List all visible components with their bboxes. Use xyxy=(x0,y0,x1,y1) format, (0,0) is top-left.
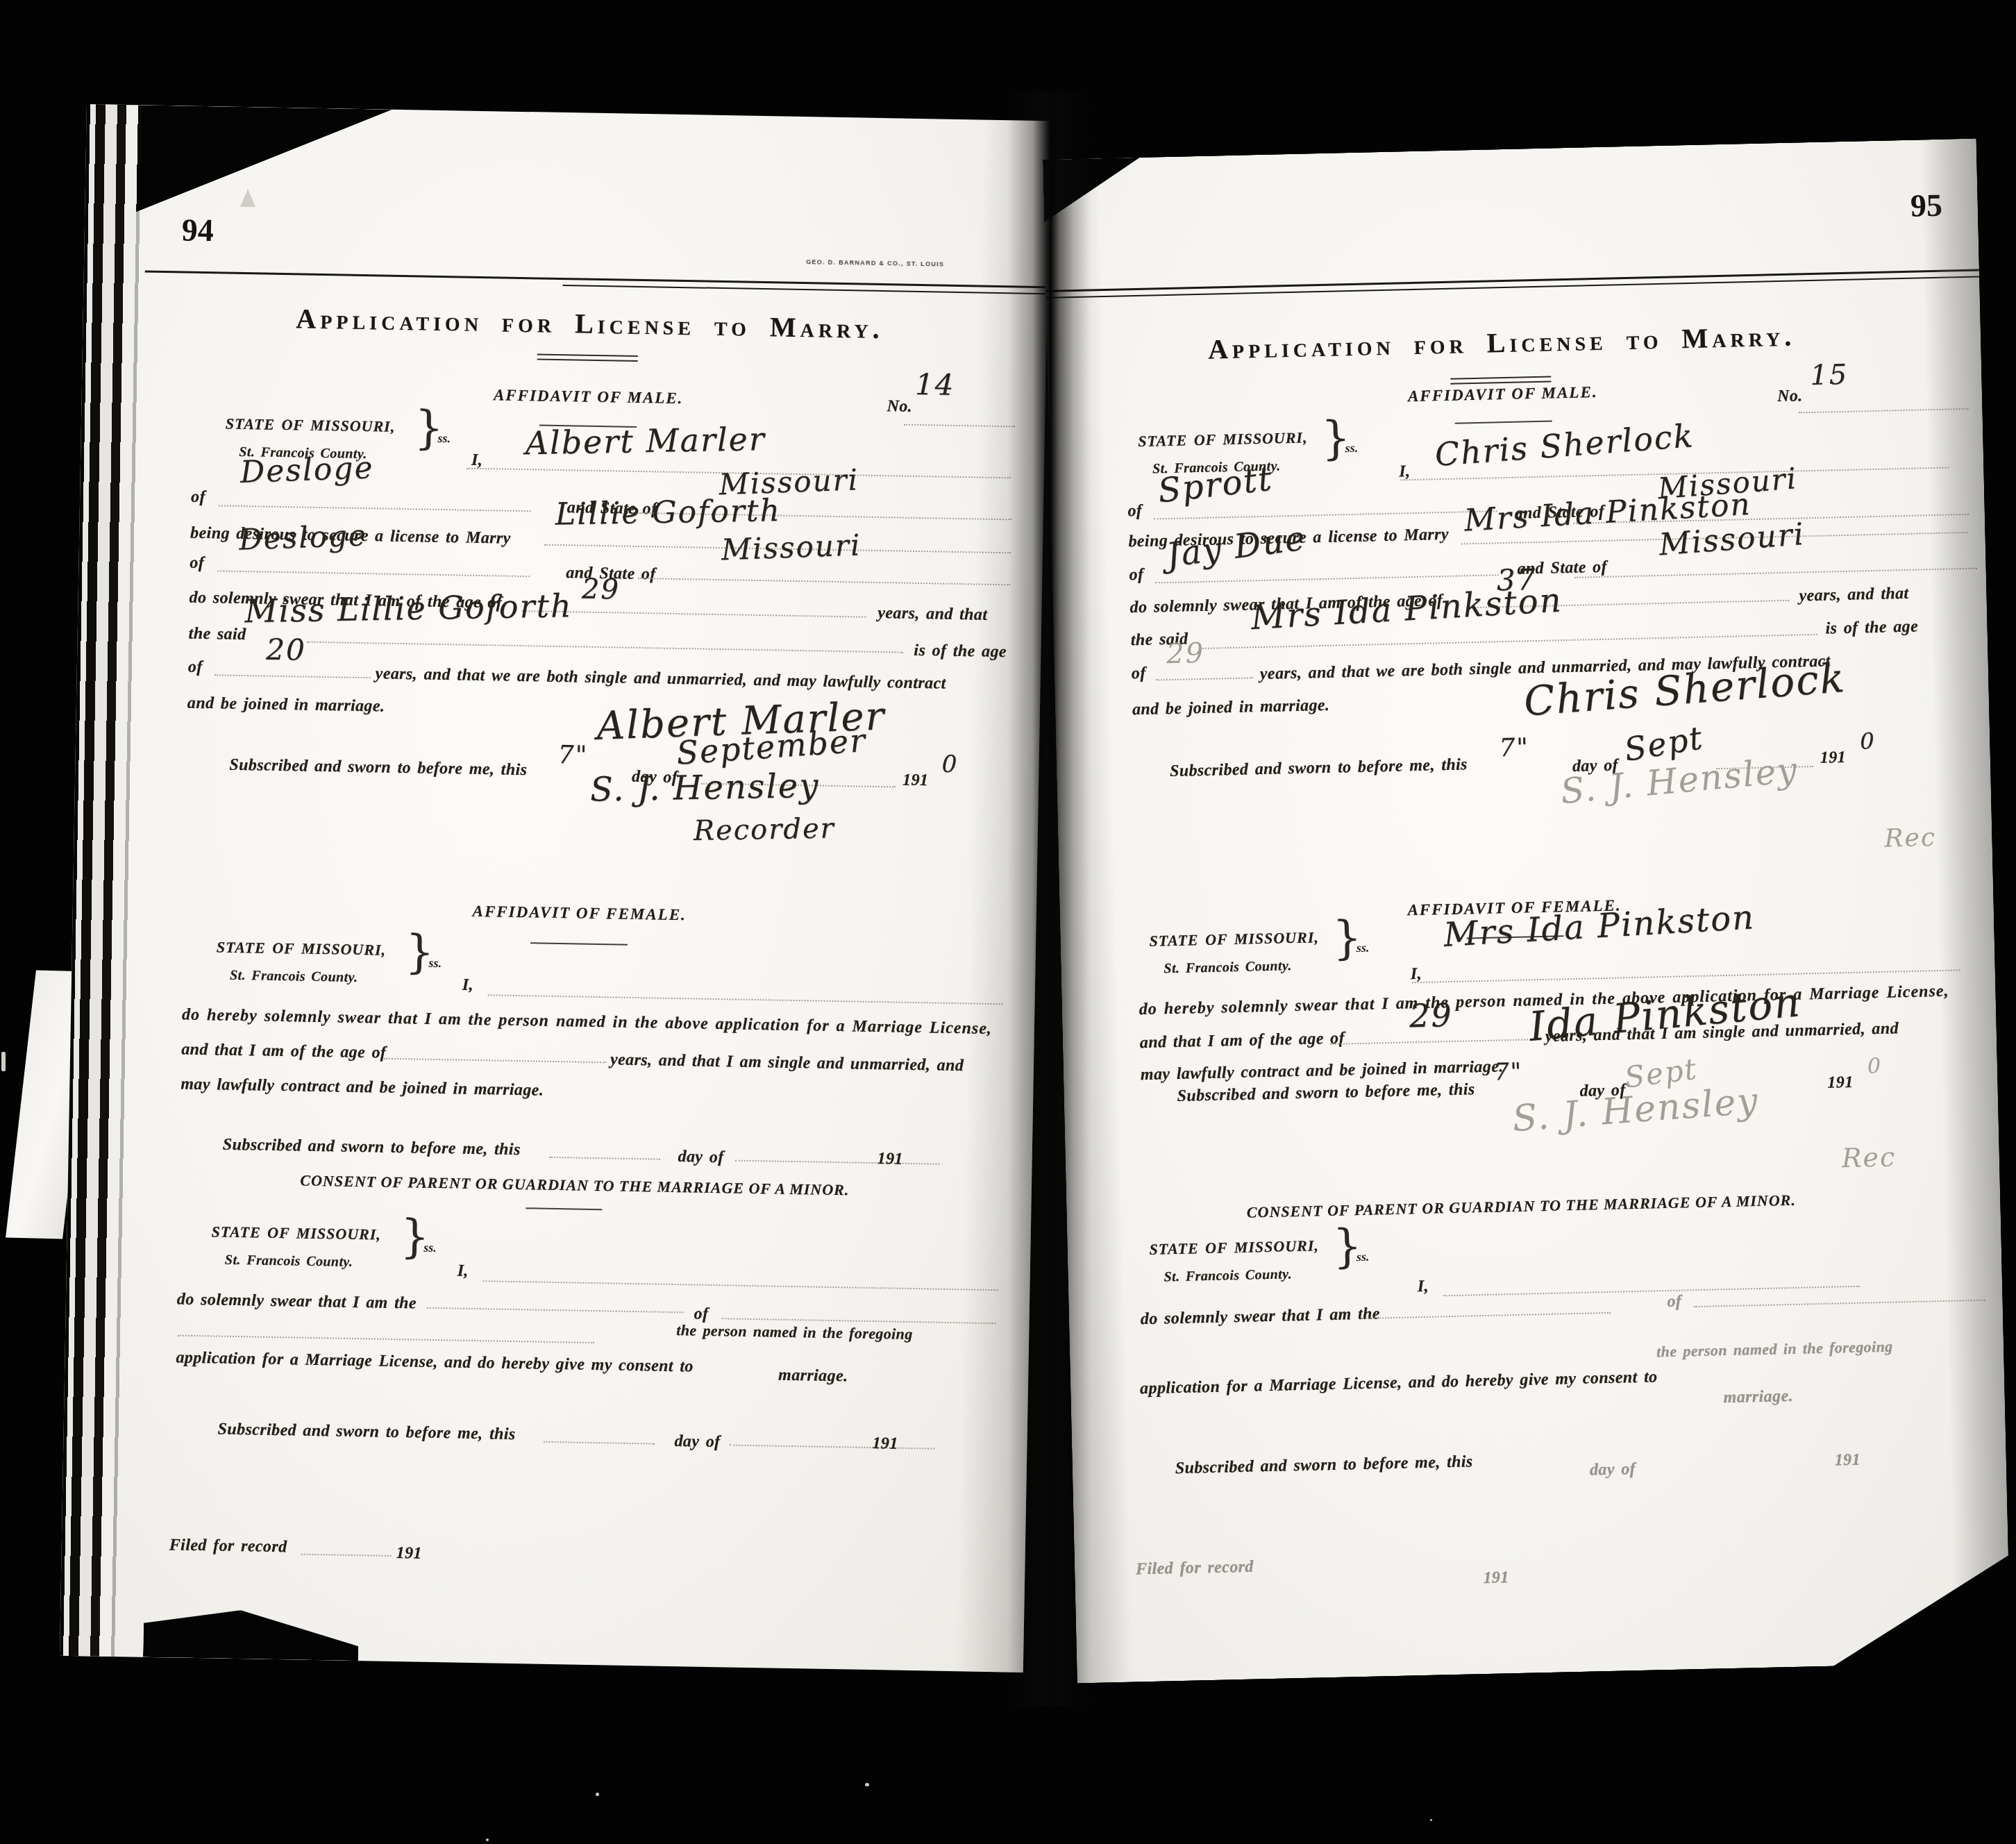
ss-label: ss. xyxy=(1356,1250,1370,1264)
dotted-line xyxy=(1412,969,1960,983)
of-label: of xyxy=(190,554,204,573)
page-title: Application for License to Marry. xyxy=(187,301,993,347)
groom-name-handwritten: Chris Sherlock xyxy=(1434,419,1695,471)
female-single-label: years, and that I am single and unmarrie… xyxy=(610,1050,964,1075)
dotted-line xyxy=(1330,1039,1538,1045)
recorder-abbr-handwritten: Rec xyxy=(1841,1143,1896,1171)
of-label: of xyxy=(1132,664,1146,684)
page-number: 95 xyxy=(1910,187,1942,224)
year-digit-handwritten: 0 xyxy=(941,753,958,776)
year-printed: 191 xyxy=(1835,1451,1861,1470)
dotted-line xyxy=(1443,1286,1860,1297)
joined-label: and be joined in marriage. xyxy=(187,694,385,717)
dotted-line xyxy=(549,1157,660,1160)
county-label: St. Francois County. xyxy=(1164,958,1292,977)
dotted-line xyxy=(730,1444,934,1449)
subscribed-label: Subscribed and sworn to before me, this xyxy=(229,756,527,780)
right-page: 95 Application for License to Marry. AFF… xyxy=(1043,138,2010,1683)
state-label: STATE OF MISSOURI, xyxy=(211,1223,381,1243)
printer-mark: GEO. D. BARNARD & CO., ST. LOUIS xyxy=(806,258,944,267)
groom-name-handwritten: Albert Marler xyxy=(525,423,766,459)
male-affidavit-heading: AFFIDAVIT OF MALE. xyxy=(432,385,745,409)
filed-label: Filed for record xyxy=(169,1536,287,1557)
female-age-label: and that I am of the age of xyxy=(1140,1029,1345,1053)
dust-speck xyxy=(486,1838,489,1841)
subscribed-label: Subscribed and sworn to before me, this xyxy=(223,1136,521,1160)
book-spine-shadow xyxy=(1008,92,1090,1707)
is-of-age-label: is of the age xyxy=(1825,618,1918,639)
consent-swear-label: do solemnly swear that I am the xyxy=(1141,1305,1381,1329)
day-of-label: day of xyxy=(678,1148,724,1168)
header-rule xyxy=(1045,269,1979,292)
ss-label: ss. xyxy=(428,956,442,971)
year-digit-handwritten: 0 xyxy=(1867,1056,1883,1077)
female-age-handwritten: 29 xyxy=(1409,999,1454,1032)
dotted-line xyxy=(1361,1312,1611,1319)
title-rule xyxy=(1450,376,1551,384)
day-of-label: day of xyxy=(1590,1460,1636,1480)
i-label: I, xyxy=(462,976,474,996)
subscribed-label: Subscribed and sworn to before me, this xyxy=(1170,755,1468,781)
heading-rule xyxy=(1455,420,1552,424)
female-swear-label: do hereby solemnly swear that I am the p… xyxy=(182,1006,992,1039)
the-said-label: the said xyxy=(188,625,246,645)
recorder-title-handwritten: Recorder xyxy=(694,814,835,845)
dust-speck xyxy=(596,1793,599,1796)
dotted-line xyxy=(427,1307,684,1313)
bride-age-handwritten: 29 xyxy=(1166,639,1205,668)
county-label: St. Francois County. xyxy=(1164,1266,1292,1285)
dotted-line xyxy=(215,674,371,678)
dotted-line xyxy=(1694,1300,1985,1308)
consent-heading: CONSENT OF PARENT OR GUARDIAN TO THE MAR… xyxy=(165,1169,984,1202)
county-label: St. Francois County. xyxy=(230,968,358,986)
year-printed: 191 xyxy=(877,1150,903,1169)
dust-speck xyxy=(865,1783,869,1786)
year-printed: 191 xyxy=(902,771,929,791)
consent-application-label: application for a Marriage License, and … xyxy=(176,1349,694,1377)
dotted-line xyxy=(638,578,1010,585)
state-label: STATE OF MISSOURI, xyxy=(226,415,396,436)
day-handwritten: 7" xyxy=(1499,735,1529,761)
ss-label: ss. xyxy=(1345,441,1358,455)
of-label: of xyxy=(191,488,205,508)
female-affidavit-heading: AFFIDAVIT OF FEMALE. xyxy=(423,902,736,925)
year-digit-handwritten: 0 xyxy=(1860,730,1876,752)
groom-age-handwritten: 29 xyxy=(582,576,621,604)
i-label: I, xyxy=(457,1262,469,1282)
bottom-notch xyxy=(143,1609,359,1661)
dotted-line xyxy=(1155,574,1499,583)
years-and-that-label: years, and that xyxy=(1799,585,1909,606)
person-named-label: the person named in the foregoing xyxy=(676,1321,913,1343)
said-bride-handwritten: Mrs Ida Pinkston xyxy=(1250,583,1563,635)
marriage-label: marriage. xyxy=(778,1366,848,1386)
is-of-age-label: is of the age xyxy=(914,642,1007,662)
state-label: STATE OF MISSOURI, xyxy=(1138,428,1308,450)
dotted-line xyxy=(482,1280,998,1291)
no-label: No. xyxy=(887,397,912,417)
recorder-signature: S. J. Hensley xyxy=(590,769,820,807)
dotted-line xyxy=(1799,408,1969,414)
years-and-that-label: years, and that xyxy=(877,604,987,625)
left-page: 94 GEO. D. BARNARD & CO., ST. LOUIS Appl… xyxy=(60,104,1050,1673)
bride-name-handwritten: Lillie Goforth xyxy=(555,496,781,530)
consent-heading: CONSENT OF PARENT OR GUARDIAN TO THE MAR… xyxy=(1125,1189,1917,1225)
dotted-line xyxy=(488,994,1003,1005)
bride-state-handwritten: Missouri xyxy=(721,530,862,564)
dotted-line xyxy=(219,505,531,512)
joined-label: and be joined in marriage. xyxy=(1132,696,1330,720)
bride-state-handwritten: Missouri xyxy=(1658,519,1806,561)
day-of-label: day of xyxy=(674,1432,721,1452)
consent-application-label: application for a Marriage License, and … xyxy=(1140,1368,1658,1398)
title-rule xyxy=(537,353,638,362)
year-printed: 191 xyxy=(1820,748,1847,768)
dotted-line xyxy=(1154,510,1497,519)
dotted-line xyxy=(178,1335,594,1343)
recorder-signature: S. J. Hensley xyxy=(1511,1083,1761,1138)
edge-sliver xyxy=(1,1052,6,1071)
subscribed-label: Subscribed and sworn to before me, this xyxy=(217,1420,515,1445)
day-handwritten: 7" xyxy=(1494,1060,1523,1084)
dotted-line xyxy=(307,642,904,653)
female-contract-label: may lawfully contract and be joined in m… xyxy=(180,1075,544,1101)
dotted-line xyxy=(1200,634,1817,649)
female-age-label: and that I am of the age of xyxy=(181,1041,387,1064)
filed-year: 191 xyxy=(1483,1568,1509,1588)
ss-label: ss. xyxy=(1356,941,1370,955)
of-label: of xyxy=(1129,566,1143,585)
county-label: St. Francois County. xyxy=(225,1252,353,1271)
years-both-label: years, and that we are both single and u… xyxy=(375,664,946,694)
dotted-line xyxy=(522,610,866,618)
filed-label: Filed for record xyxy=(1136,1558,1254,1579)
page-number: 94 xyxy=(181,211,214,249)
page-title: Application for License to Marry. xyxy=(1099,317,1905,368)
bride-residence-handwritten: Jay Due xyxy=(1164,521,1308,572)
subscribed-label: Subscribed and sworn to before me, this xyxy=(1175,1452,1474,1478)
ss-label: ss. xyxy=(437,431,451,446)
dotted-line xyxy=(301,1554,392,1557)
i-label: I, xyxy=(1418,1277,1429,1297)
dotted-line xyxy=(384,1058,606,1064)
bride-residence-handwritten: Desloge xyxy=(238,521,367,554)
license-number-handwritten: 14 xyxy=(915,370,955,400)
subscribed-label: Subscribed and sworn to before me, this xyxy=(1177,1080,1475,1106)
groom-residence-handwritten: Desloge xyxy=(240,453,374,488)
recorder-abbr-handwritten: Rec xyxy=(1884,825,1936,852)
dust-speck xyxy=(1430,1819,1432,1821)
bride-age-handwritten: 20 xyxy=(266,635,306,665)
said-bride-handwritten: Miss Lillie Goforth xyxy=(244,589,573,627)
license-number-handwritten: 15 xyxy=(1810,361,1849,389)
day-handwritten: 7" xyxy=(557,743,588,769)
consent-swear-label: do solemnly swear that I am the xyxy=(177,1291,417,1314)
marriage-label: marriage. xyxy=(1723,1387,1793,1408)
person-named-label: the person named in the foregoing xyxy=(1656,1338,1893,1361)
dotted-line xyxy=(1156,677,1253,680)
of-label: of xyxy=(188,658,203,678)
state-label: STATE OF MISSOURI, xyxy=(1149,928,1319,950)
state-label: STATE OF MISSOURI, xyxy=(217,938,387,959)
heading-rule xyxy=(526,1207,602,1210)
dotted-line xyxy=(544,1441,655,1445)
filed-year: 191 xyxy=(396,1544,422,1564)
page-edge-stripes xyxy=(60,104,142,1657)
heading-rule xyxy=(530,942,628,945)
dotted-line xyxy=(735,1160,940,1165)
no-label: No. xyxy=(1777,387,1803,406)
year-printed: 191 xyxy=(872,1434,898,1454)
male-affidavit-heading: AFFIDAVIT OF MALE. xyxy=(1347,382,1659,407)
dotted-line xyxy=(1574,568,1977,578)
ss-label: ss. xyxy=(423,1241,437,1255)
dotted-line xyxy=(217,570,530,577)
of-label: of xyxy=(1667,1293,1681,1312)
dotted-line xyxy=(904,424,1015,428)
of-label: of xyxy=(1127,502,1142,521)
state-label: STATE OF MISSOURI, xyxy=(1149,1237,1319,1258)
year-printed: 191 xyxy=(1827,1073,1854,1093)
